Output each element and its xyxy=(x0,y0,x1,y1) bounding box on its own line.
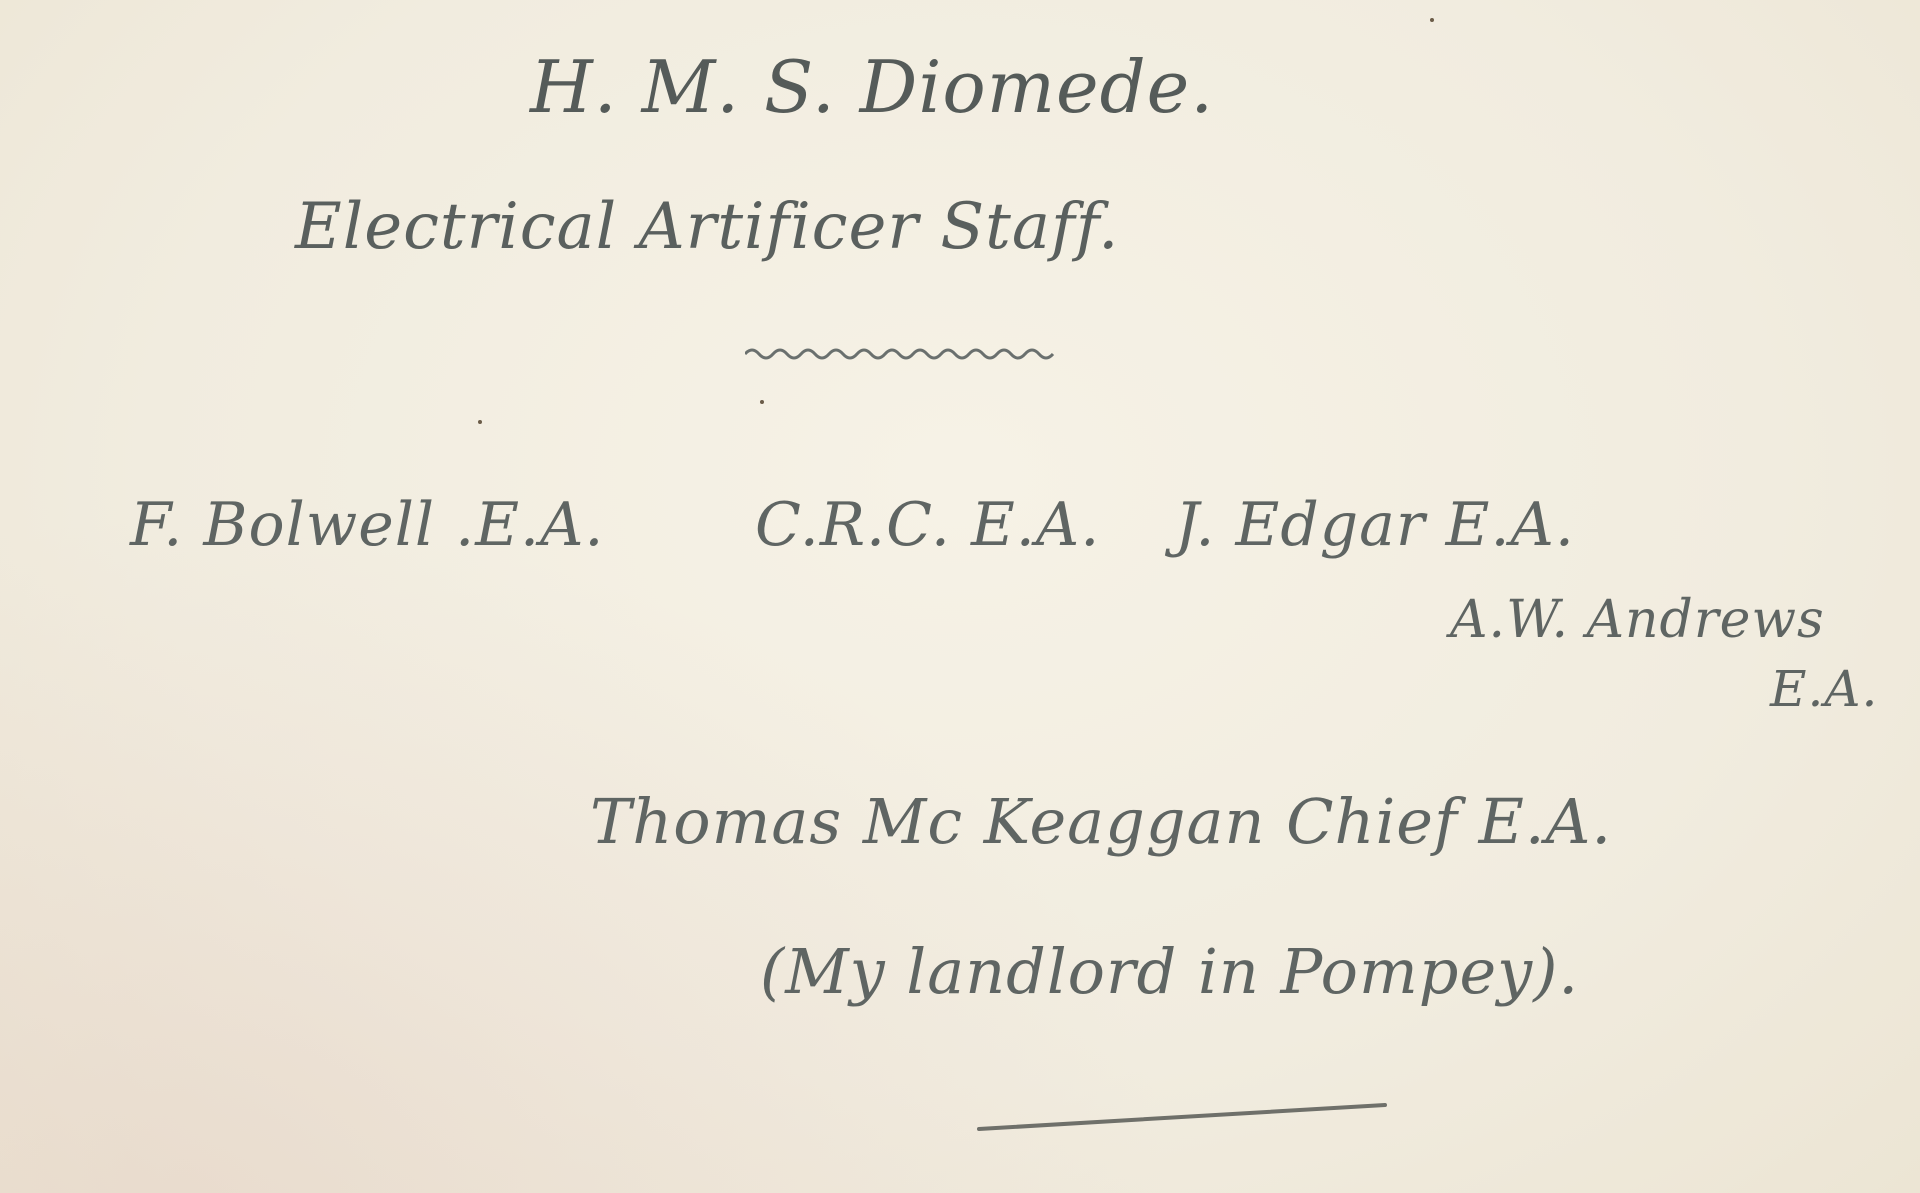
paper-card: H. M. S. Diomede. Electrical Artificer S… xyxy=(0,0,1920,1193)
ship-heading: H. M. S. Diomede. xyxy=(530,45,1214,129)
staff-subheading: Electrical Artificer Staff. xyxy=(295,190,1119,264)
chief-entry: Thomas Mc Keaggan Chief E.A. xyxy=(590,785,1612,858)
paper-speck xyxy=(760,400,764,404)
staff-entry-andrews-rank: E.A. xyxy=(1770,660,1878,718)
paper-speck xyxy=(1430,18,1434,22)
wavy-underline xyxy=(745,340,1060,364)
paper-speck xyxy=(478,420,482,424)
staff-entry-edgar: J. Edgar E.A. xyxy=(1175,490,1575,560)
closing-underline xyxy=(975,1095,1395,1135)
landlord-note: (My landlord in Pompey). xyxy=(760,935,1579,1008)
staff-entry-andrews: A.W. Andrews xyxy=(1450,590,1825,650)
staff-entry-bolwell: F. Bolwell .E.A. xyxy=(130,490,605,560)
staff-entry-crc: C.R.C. E.A. xyxy=(755,490,1100,560)
